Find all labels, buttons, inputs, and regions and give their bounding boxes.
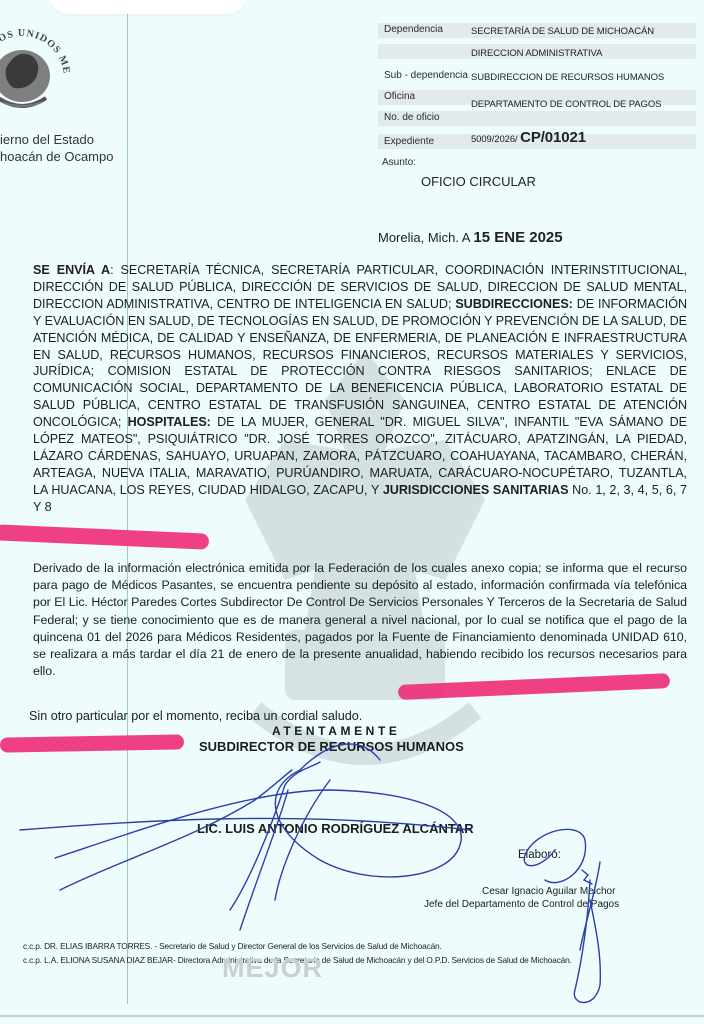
asunto-value: OFICIO CIRCULAR [421, 174, 536, 189]
info-row-direccion: DIRECCION ADMINISTRATIVA [378, 44, 696, 59]
highlighter-mark [0, 734, 184, 752]
expediente-value: 5009/2026/ CP/01021 [471, 129, 586, 146]
elaboro-title: Jefe del Departamento de Control de Pago… [424, 899, 619, 910]
info-row-dependencia: Dependencia SECRETARÍA DE SALUD DE MICHO… [378, 23, 696, 38]
signer-position: SUBDIRECTOR DE RECURSOS HUMANOS [199, 739, 464, 754]
government-line-2: hoacán de Ocampo [0, 148, 113, 165]
info-row-expediente: Expediente 5009/2026/ CP/01021 [378, 134, 696, 149]
info-value: SECRETARÍA DE SALUD DE MICHOACÁN [471, 26, 654, 37]
expediente-number: CP/01021 [520, 129, 586, 146]
info-value: DIRECCION ADMINISTRATIVA [471, 48, 602, 59]
date-prefix: Morelia, Mich. A [378, 230, 473, 245]
info-label: Dependencia [384, 24, 443, 35]
info-row-oficio: No. de oficio [378, 111, 696, 126]
asunto-label: Asunto: [382, 157, 416, 168]
jurisdicciones-label: JURISDICCIONES SANITARIAS [383, 483, 569, 497]
top-tab-overlay [50, 0, 246, 14]
recipients-lead-label: SE ENVÍA A [33, 263, 110, 277]
subdirecciones-text: DE INFORMACIÓN Y EVALUACIÓN EN SALUD, DE… [33, 297, 687, 429]
elaboro-label: Elaboró: [518, 849, 561, 861]
atentamente-label: ATENTAMENTE [272, 724, 400, 738]
document-date: Morelia, Mich. A 15 ENE 2025 [378, 229, 563, 246]
recipients-paragraph: SE ENVÍA A: SECRETARÍA TÉCNICA, SECRETAR… [33, 262, 687, 516]
info-value: DEPARTAMENTO DE CONTROL DE PAGOS [471, 99, 661, 110]
info-label: Sub - dependencia [384, 70, 468, 81]
government-line-1: ierno del Estado [0, 131, 113, 148]
date-value: 15 ENE 2025 [473, 229, 562, 246]
highlighter-mark [0, 524, 209, 549]
signer-name: LIC. LUIS ANTONIO RODRÍGUEZ ALCÁNTAR [197, 821, 474, 836]
info-value: SUBDIRECCION DE RECURSOS HUMANOS [471, 72, 664, 83]
info-label: Expediente [384, 136, 434, 147]
info-label: Oficina [384, 91, 415, 102]
info-row-subdependencia: Sub - dependencia SUBDIRECCION DE RECURS… [378, 70, 696, 85]
expediente-prefix: 5009/2026/ [471, 134, 520, 145]
government-label: ierno del Estado hoacán de Ocampo [0, 131, 113, 165]
coat-of-arms-icon: ESTADOS UNIDOS MEXICANOS [0, 18, 82, 118]
elaboro-name: Cesar Ignacio Aguilar Melchor [482, 886, 615, 897]
info-row-oficina: Oficina DEPARTAMENTO DE CONTROL DE PAGOS [378, 90, 696, 105]
page-bottom-edge [0, 1015, 704, 1017]
subdirecciones-label: SUBDIRECCIONES: [455, 297, 573, 311]
hospitales-label: HOSPITALES: [128, 415, 211, 429]
info-label: No. de oficio [384, 112, 440, 123]
closing-line: Sin otro particular por el momento, reci… [29, 709, 362, 723]
footer-watermark-logo: MEJOR [222, 953, 323, 984]
ccp-line: c.c.p. DR. ELIAS IBARRA TORRES. - Secret… [23, 941, 442, 951]
body-paragraph: Derivado de la información electrónica e… [33, 560, 687, 680]
